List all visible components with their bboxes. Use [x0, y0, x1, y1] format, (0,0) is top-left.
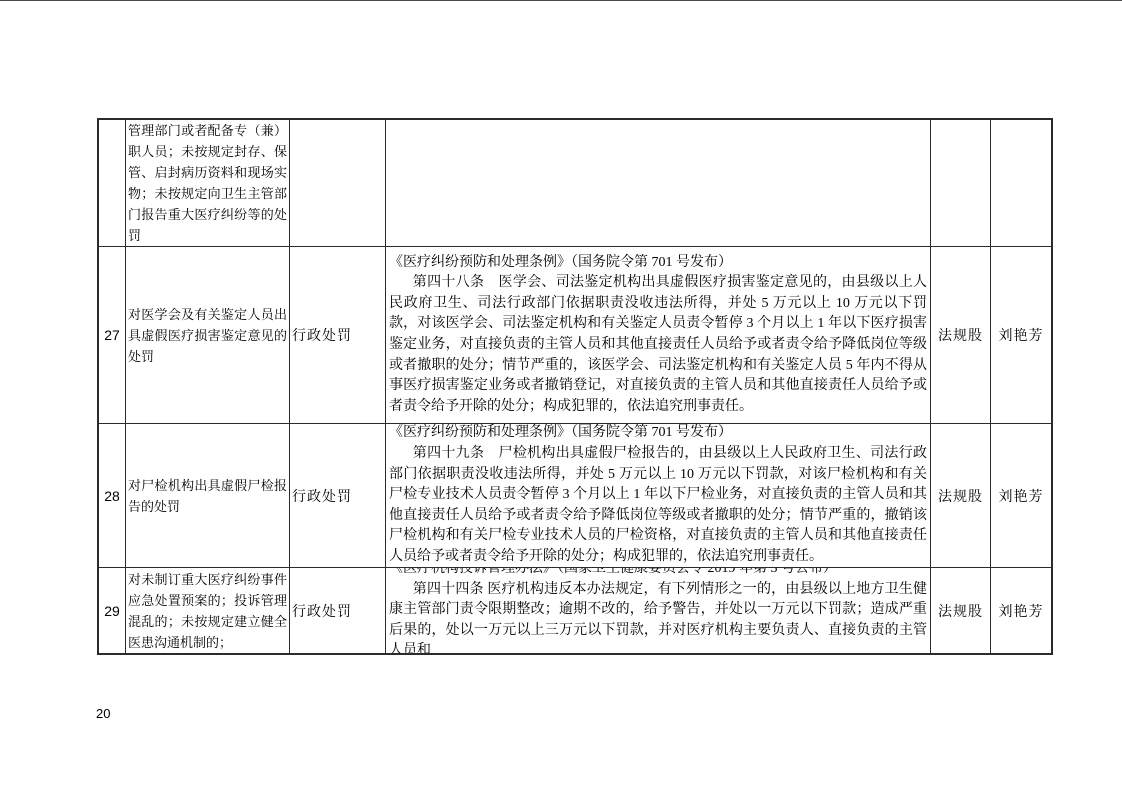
- legal-basis-cell: [386, 120, 931, 247]
- department-cell: [931, 120, 991, 247]
- penalty-type-cell: [290, 120, 386, 247]
- penalty-type-cell: 行政处罚: [290, 568, 386, 653]
- matter-cell: 对未制订重大医疗纠纷事件应急处置预案的；投诉管理混乱的；未按规定建立健全医患沟通…: [126, 568, 290, 653]
- legal-basis-title: 《医疗机构投诉管理办法》（国家卫生健康委员会令 2019 年第 3 号公布）: [389, 568, 927, 580]
- matter-text: 对未制订重大医疗纠纷事件应急处置预案的；投诉管理混乱的；未按规定建立健全医患沟通…: [128, 569, 287, 653]
- legal-basis-cell: 《医疗机构投诉管理办法》（国家卫生健康委员会令 2019 年第 3 号公布） 第…: [386, 568, 931, 653]
- handler-cell: 刘艳芳: [991, 568, 1051, 653]
- row-number-cell: [99, 120, 126, 247]
- legal-basis-title: 《医疗纠纷预防和处理条例》（国务院令第 701 号发布）: [389, 253, 927, 274]
- page-number: 20: [96, 706, 110, 721]
- legal-basis-body: 第四十四条 医疗机构违反本办法规定，有下列情形之一的，由县级以上地方卫生健康主管…: [389, 580, 927, 653]
- department-cell: 法规股: [931, 247, 991, 424]
- matter-cell: 管理部门或者配备专（兼）职人员；未按规定封存、保管、启封病历资料和现场实物；未按…: [126, 120, 290, 247]
- row-number-cell: 27: [99, 247, 126, 424]
- matter-text: 管理部门或者配备专（兼）职人员；未按规定封存、保管、启封病历资料和现场实物；未按…: [128, 120, 287, 246]
- matter-text: 对医学会及有关鉴定人员出具虚假医疗损害鉴定意见的处罚: [128, 304, 287, 367]
- department-cell: 法规股: [931, 568, 991, 653]
- matter-cell: 对尸检机构出具虚假尸检报告的处罚: [126, 424, 290, 568]
- row-number-cell: 29: [99, 568, 126, 653]
- handler-cell: [991, 120, 1051, 247]
- handler-cell: 刘艳芳: [991, 424, 1051, 568]
- department-cell: 法规股: [931, 424, 991, 568]
- legal-basis-body: 第四十八条 医学会、司法鉴定机构出具虚假医疗损害鉴定意见的，由县级以上人民政府卫…: [389, 273, 927, 417]
- handler-cell: 刘艳芳: [991, 247, 1051, 424]
- matter-text: 对尸检机构出具虚假尸检报告的处罚: [128, 475, 287, 517]
- legal-basis-cell: 《医疗纠纷预防和处理条例》（国务院令第 701 号发布） 第四十九条 尸检机构出…: [386, 424, 931, 568]
- penalty-type-cell: 行政处罚: [290, 247, 386, 424]
- screenshot-top-edge: [0, 0, 1122, 1]
- legal-basis-title: 《医疗纠纷预防和处理条例》（国务院令第 701 号发布）: [389, 424, 927, 444]
- legal-basis-cell: 《医疗纠纷预防和处理条例》（国务院令第 701 号发布） 第四十八条 医学会、司…: [386, 247, 931, 424]
- legal-basis-body: 第四十九条 尸检机构出具虚假尸检报告的，由县级以上人民政府卫生、司法行政部门依据…: [389, 444, 927, 568]
- penalty-items-table: 管理部门或者配备专（兼）职人员；未按规定封存、保管、启封病历资料和现场实物；未按…: [97, 118, 1053, 655]
- matter-cell: 对医学会及有关鉴定人员出具虚假医疗损害鉴定意见的处罚: [126, 247, 290, 424]
- penalty-type-cell: 行政处罚: [290, 424, 386, 568]
- row-number-cell: 28: [99, 424, 126, 568]
